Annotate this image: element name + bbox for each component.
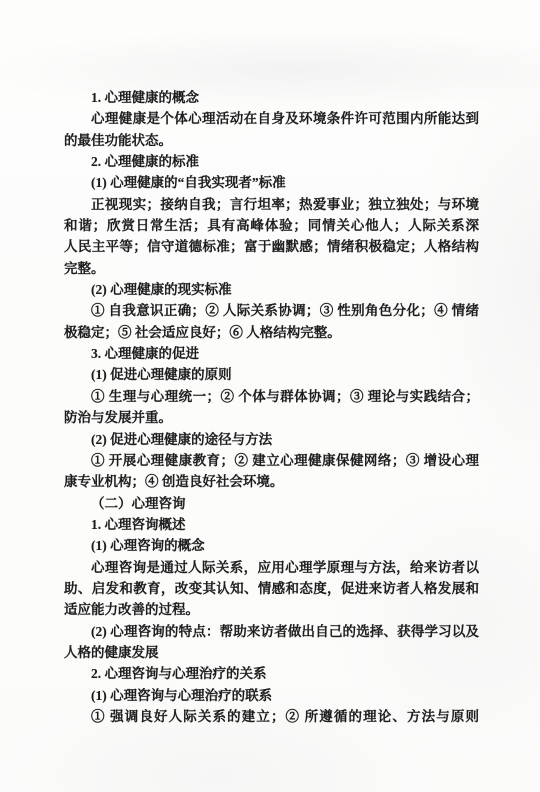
heading-line: （二）心理咨询: [64, 493, 479, 514]
text-line: 极稳定；⑤ 社会适应良好；⑥ 人格结构完整。: [64, 322, 479, 343]
heading-line: 2. 心理咨询与心理治疗的关系: [64, 663, 479, 684]
subheading-line: (1) 促进心理健康的原则: [64, 364, 479, 385]
text-line: 完整。: [64, 258, 479, 279]
heading-line: 2. 心理健康的标准: [64, 151, 479, 172]
text-line: 和谐；欣赏日常生活；具有高峰体验；同情关心他人；人际关系深刻；待: [64, 215, 479, 236]
text-line: 心理咨询是通过人际关系，应用心理学原理与方法，给来访者以帮: [64, 557, 479, 578]
scanned-page: 1. 心理健康的概念心理健康是个体心理活动在自身及环境条件许可范围内所能达到的最…: [0, 0, 540, 792]
subheading-line: (1) 心理咨询与心理治疗的联系: [64, 685, 479, 706]
document-text: 1. 心理健康的概念心理健康是个体心理活动在自身及环境条件许可范围内所能达到的最…: [64, 87, 479, 727]
text-line: (2) 心理咨询的特点：帮助来访者做出自己的选择、获得学习以及: [64, 621, 479, 642]
text-line: ① 开展心理健康教育；② 建立心理健康保健网络；③ 增设心理健: [64, 450, 479, 471]
text-line: 适应能力改善的过程。: [64, 599, 479, 620]
heading-line: 3. 心理健康的促进: [64, 343, 479, 364]
subheading-line: (2) 促进心理健康的途径与方法: [64, 429, 479, 450]
text-line: ① 自我意识正确；② 人际关系协调；③ 性别角色分化；④ 情绪积: [64, 300, 479, 321]
text-line: 正视现实；接纳自我；言行坦率；热爱事业；独立独处；与环境关系: [64, 194, 479, 215]
text-line: 的最佳功能状态。: [64, 130, 479, 151]
subheading-line: (1) 心理咨询的概念: [64, 535, 479, 556]
text-line: 助、启发和教育，改变其认知、情感和态度，促进来访者人格发展和社会: [64, 578, 479, 599]
heading-line: 1. 心理咨询概述: [64, 514, 479, 535]
subheading-line: (2) 心理健康的现实标准: [64, 279, 479, 300]
text-line: 人民主平等；信守道德标准；富于幽默感；情绪积极稳定；人格结构: [64, 236, 479, 257]
subheading-line: (1) 心理健康的“自我实现者”标准: [64, 172, 479, 193]
heading-line: 1. 心理健康的概念: [64, 87, 479, 108]
text-line: 心理健康是个体心理活动在自身及环境条件许可范围内所能达到: [64, 108, 479, 129]
text-line: 防治与发展并重。: [64, 407, 479, 428]
text-line: 康专业机构；④ 创造良好社会环境。: [64, 471, 479, 492]
text-line: ① 强调良好人际关系的建立；② 所遵循的理论、方法与原则: [64, 706, 479, 727]
text-line: 人格的健康发展: [64, 642, 479, 663]
text-line: ① 生理与心理统一；② 个体与群体协调；③ 理论与实践结合；④: [64, 386, 479, 407]
